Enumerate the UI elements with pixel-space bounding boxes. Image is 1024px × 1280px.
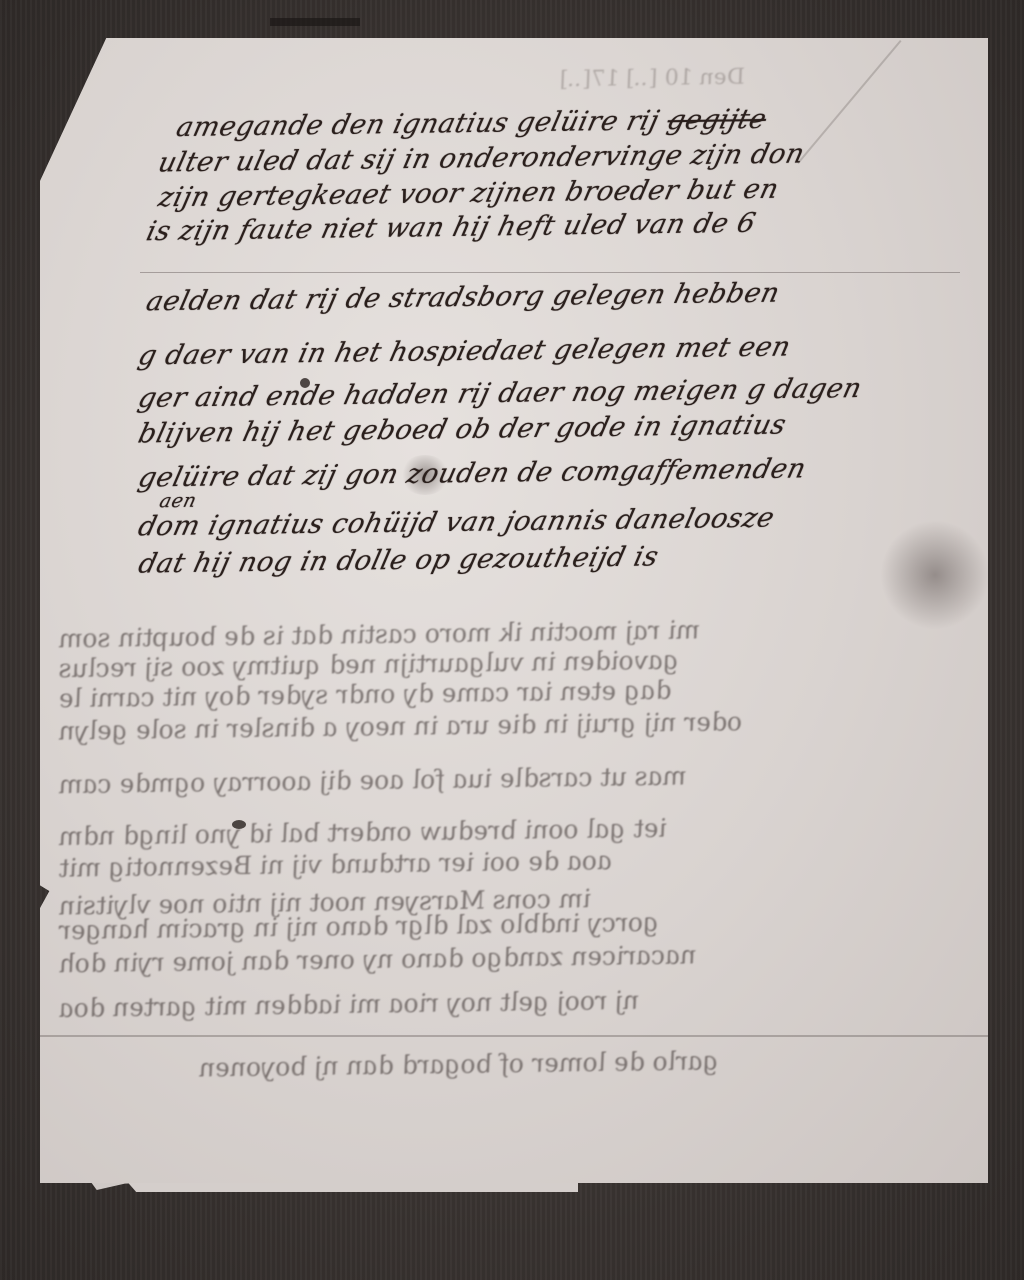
bleed-through-header: Den 10 [..] 17[..] (557, 65, 748, 93)
ink-stain (880, 520, 990, 630)
fold-line (40, 1035, 988, 1037)
struck-word: gegijte (664, 104, 770, 136)
mount-tape-mark (270, 18, 360, 26)
ruled-line (140, 272, 960, 273)
handwritten-insert: aen (157, 490, 199, 513)
